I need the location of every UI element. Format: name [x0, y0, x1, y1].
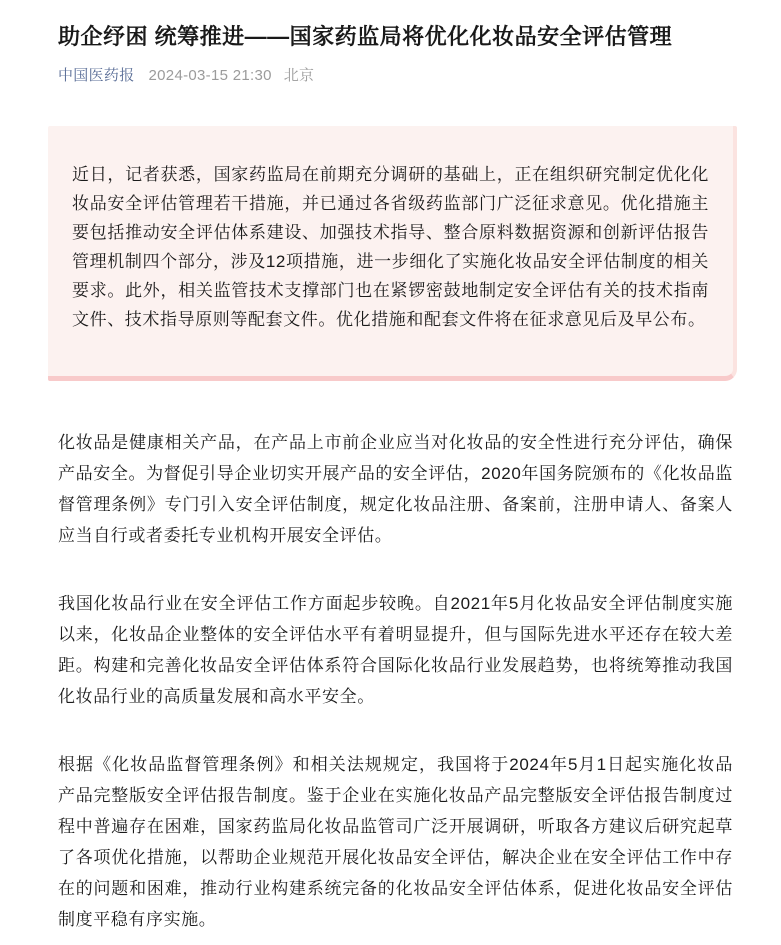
publish-datetime: 2024-03-15 21:30 — [149, 67, 272, 84]
highlight-text: 近日，记者获悉，国家药监局在前期充分调研的基础上，正在组织研究制定优化化妆品安全… — [72, 160, 709, 334]
article-body: 化妆品是健康相关产品，在产品上市前企业应当对化妆品的安全性进行充分评估，确保产品… — [58, 427, 733, 935]
body-paragraph-1: 化妆品是健康相关产品，在产品上市前企业应当对化妆品的安全性进行充分评估，确保产品… — [58, 427, 733, 551]
article-page: 助企纾困 统筹推进——国家药监局将优化化妆品安全评估管理 中国医药报2024-0… — [0, 0, 781, 945]
body-paragraph-3: 根据《化妆品监督管理条例》和相关法规规定，我国将于2024年5月1日起实施化妆品… — [58, 749, 733, 935]
article-meta: 中国医药报2024-03-15 21:30北京 — [58, 66, 733, 86]
highlight-box: 近日，记者获悉，国家药监局在前期充分调研的基础上，正在组织研究制定优化化妆品安全… — [48, 126, 737, 381]
source-account-link[interactable]: 中国医药报 — [58, 67, 135, 84]
article-title: 助企纾困 统筹推进——国家药监局将优化化妆品安全评估管理 — [58, 22, 733, 52]
body-paragraph-2: 我国化妆品行业在安全评估工作方面起步较晚。自2021年5月化妆品安全评估制度实施… — [58, 588, 733, 712]
publish-location: 北京 — [284, 67, 315, 84]
